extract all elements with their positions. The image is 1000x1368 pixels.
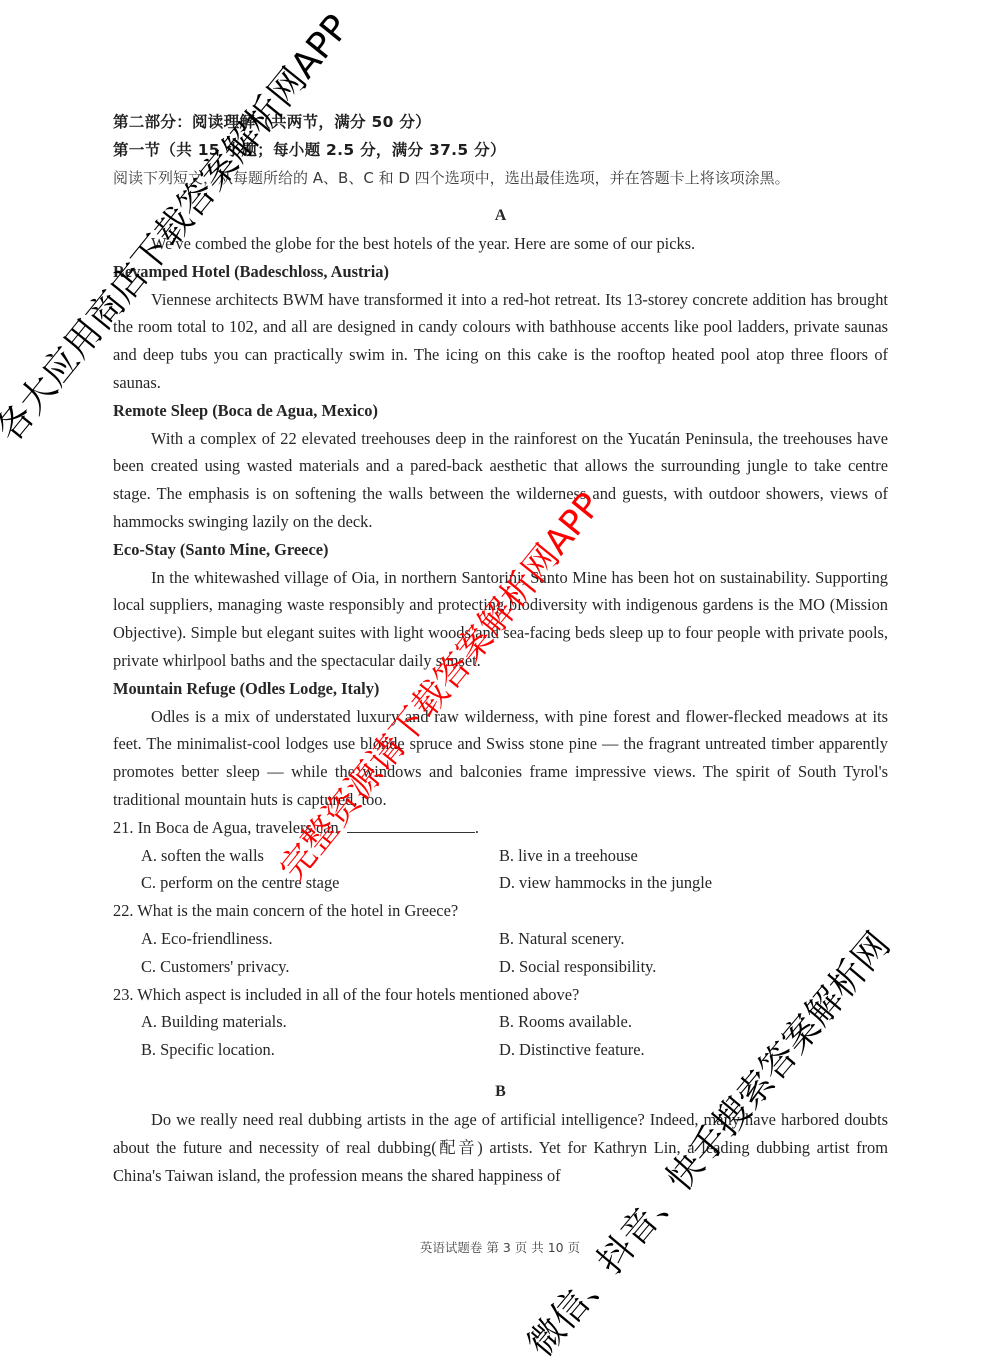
option: C. Customers' privacy. [141,953,499,981]
option: C. perform on the centre stage [141,869,499,897]
option: A. Building materials. [141,1008,499,1036]
option: D. Social responsibility. [499,953,888,981]
option: B. live in a treehouse [499,842,888,870]
option: A. soften the walls [141,842,499,870]
hotel-title: Mountain Refuge (Odles Lodge, Italy) [113,675,888,703]
hotel-description: With a complex of 22 elevated treehouses… [113,425,888,536]
hotel-title: Eco-Stay (Santo Mine, Greece) [113,536,888,564]
hotel-description: Viennese architects BWM have transformed… [113,286,888,397]
question-stem: 21. In Boca de Agua, travelers can [113,818,339,837]
section-title: 第一节（共 15 小题；每小题 2.5 分，满分 37.5 分） [113,136,888,164]
exam-page: 第二部分：阅读理解（共两节，满分 50 分） 第一节（共 15 小题；每小题 2… [113,108,888,1189]
hotel-title: Remote Sleep (Boca de Agua, Mexico) [113,397,888,425]
question-21: 21. In Boca de Agua, travelers can . [113,814,888,842]
instructions: 阅读下列短文，从每题所给的 A、B、C 和 D 四个选项中，选出最佳选项，并在答… [113,164,888,192]
option: B. Natural scenery. [499,925,888,953]
answer-blank [347,818,475,833]
hotel-description: In the whitewashed village of Oia, in no… [113,564,888,675]
option: D. Distinctive feature. [499,1036,888,1064]
question-end: . [475,818,479,837]
option: A. Eco-friendliness. [141,925,499,953]
passage-b-letter: B [113,1078,888,1106]
question-22: 22. What is the main concern of the hote… [113,897,888,925]
question-22-options: A. Eco-friendliness. B. Natural scenery.… [113,925,888,981]
question-21-options: A. soften the walls B. live in a treehou… [113,842,888,898]
option: B. Rooms available. [499,1008,888,1036]
question-23-options: A. Building materials. B. Rooms availabl… [113,1008,888,1064]
page-footer: 英语试题卷 第 3 页 共 10 页 [0,1238,1000,1256]
passage-a-intro: We've combed the globe for the best hote… [113,230,888,258]
passage-b-text: Do we really need real dubbing artists i… [113,1106,888,1189]
passage-a-letter: A [113,202,888,230]
option: B. Specific location. [141,1036,499,1064]
hotel-description: Odles is a mix of understated luxury and… [113,703,888,814]
part-title: 第二部分：阅读理解（共两节，满分 50 分） [113,108,888,136]
hotel-title: Revamped Hotel (Badeschloss, Austria) [113,258,888,286]
option: D. view hammocks in the jungle [499,869,888,897]
question-23: 23. Which aspect is included in all of t… [113,981,888,1009]
